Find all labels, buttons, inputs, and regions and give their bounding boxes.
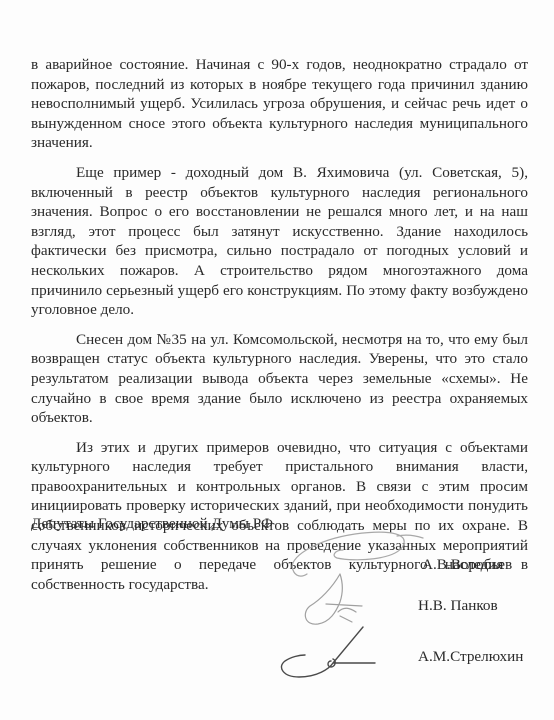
document-page: в аварийное состояние. Начиная с 90-х го…	[0, 0, 554, 720]
signer-name: А.М.Стрелюхин	[418, 648, 523, 666]
paragraph: в аварийное состояние. Начиная с 90-х го…	[31, 55, 528, 153]
paragraph: Еще пример - доходный дом В. Яхимовича (…	[31, 163, 528, 320]
paragraph: Снесен дом №35 на ул. Комсомольской, нес…	[31, 330, 528, 428]
signature-icon	[275, 625, 385, 685]
signer-name: А.В.Воробьев	[422, 556, 512, 574]
signer-name: Н.В. Панков	[418, 597, 498, 615]
signature-icon	[300, 572, 380, 632]
signature-heading: Депутаты Государственной Думы РФ	[31, 515, 273, 533]
